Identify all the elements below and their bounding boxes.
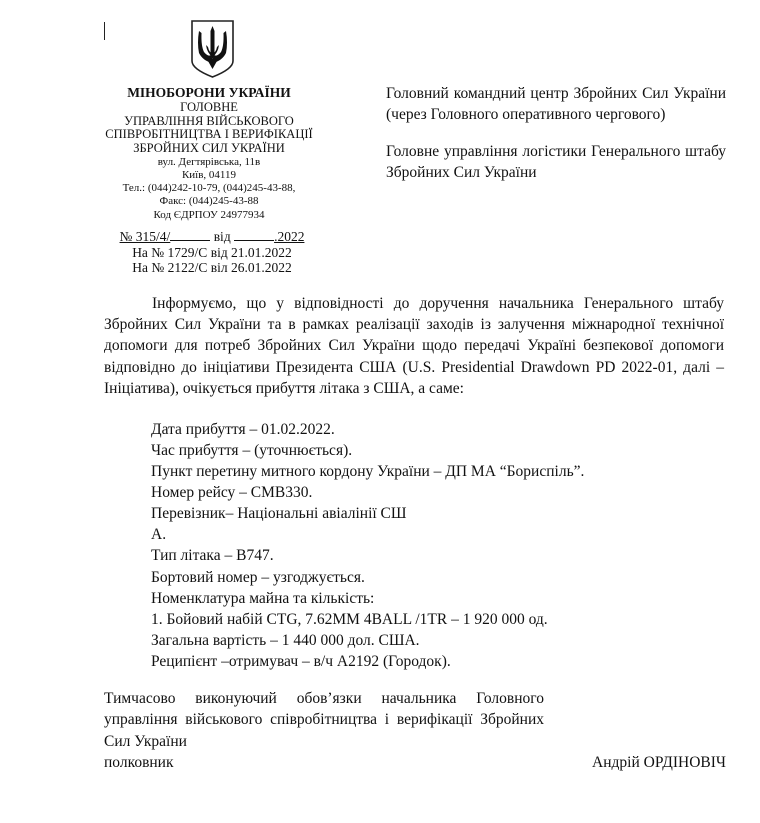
outgoing-from-label: від <box>214 229 231 244</box>
detail-line: Тип літака – B747. <box>151 545 631 566</box>
letter-body: Інформуємо, що у відповідності до доруче… <box>104 293 724 399</box>
detail-line: Пункт перетину митного кордону України –… <box>151 461 631 482</box>
signatory-rank: полковник <box>104 752 174 773</box>
detail-line: Загальна вартість – 1 440 000 дол. США. <box>151 630 631 651</box>
detail-line: Час прибуття – (уточнюється). <box>151 440 631 461</box>
outgoing-prefix: № 315/4/ <box>120 229 171 244</box>
detail-line: 1. Бойовий набій CTG, 7.62MM 4BALL /1TR … <box>151 609 631 630</box>
blank-line <box>170 239 210 241</box>
letterhead: МІНОБОРОНИ УКРАЇНИ ГОЛОВНЕ УПРАВЛІННЯ ВІ… <box>104 86 314 222</box>
signatory-title: Тимчасово виконуючий обов’язки начальник… <box>104 688 544 752</box>
ministry-name: МІНОБОРОНИ УКРАЇНИ <box>104 86 314 101</box>
text-cursor <box>104 22 105 40</box>
address-line: вул. Дегтярівська, 11в <box>104 156 314 169</box>
department-line: ГОЛОВНЕ <box>104 101 314 115</box>
address-line: Факс: (044)245-43-88 <box>104 195 314 208</box>
detail-line: Номенклатура майна та кількість: <box>151 588 631 609</box>
reference-numbers: № 315/4/ від .2022 На № 1729/С від 21.01… <box>112 229 312 276</box>
blank-line <box>234 239 274 241</box>
address-line: Тел.: (044)242-10-79, (044)245-43-88, <box>104 182 314 195</box>
address-line: Код ЄДРПОУ 24977934 <box>104 209 314 222</box>
detail-line: Бортовий номер – узгоджується. <box>151 567 631 588</box>
detail-line: Реципієнт –отримувач – в/ч А2192 (Городо… <box>151 651 631 672</box>
signature-block: Тимчасово виконуючий обов’язки начальник… <box>104 688 726 774</box>
recipients-block: Головний командний центр Збройних Сил Ук… <box>386 84 726 200</box>
address-line: Київ, 04119 <box>104 169 314 182</box>
recipient: Головне управління логістики Генеральног… <box>386 142 726 184</box>
ukraine-coat-of-arms-icon <box>190 19 235 79</box>
reply-reference: На № 1729/С від 21.01.2022 <box>112 245 312 261</box>
detail-line: А. <box>151 524 631 545</box>
signatory-name: Андрій ОРДІНОВІЧ <box>592 752 726 773</box>
flight-details: Дата прибуття – 01.02.2022. Час прибуття… <box>151 419 631 672</box>
main-paragraph: Інформуємо, що у відповідності до доруче… <box>104 293 724 399</box>
reply-reference: На № 2122/С віл 26.01.2022 <box>112 260 312 276</box>
detail-line: Номер рейсу – CMB330. <box>151 482 631 503</box>
recipient: Головний командний центр Збройних Сил Ук… <box>386 84 726 126</box>
detail-line: Перевізник– Національні авіалінії СШ <box>151 503 631 524</box>
department-line: УПРАВЛІННЯ ВІЙСЬКОВОГО <box>104 115 314 129</box>
department-line: СПІВРОБІТНИЦТВА І ВЕРИФІКАЦІЇ <box>104 128 314 142</box>
outgoing-year: .2022 <box>274 229 304 244</box>
detail-line: Дата прибуття – 01.02.2022. <box>151 419 631 440</box>
department-line: ЗБРОЙНИХ СИЛ УКРАЇНИ <box>104 142 314 156</box>
outgoing-number: № 315/4/ від .2022 <box>112 229 312 245</box>
